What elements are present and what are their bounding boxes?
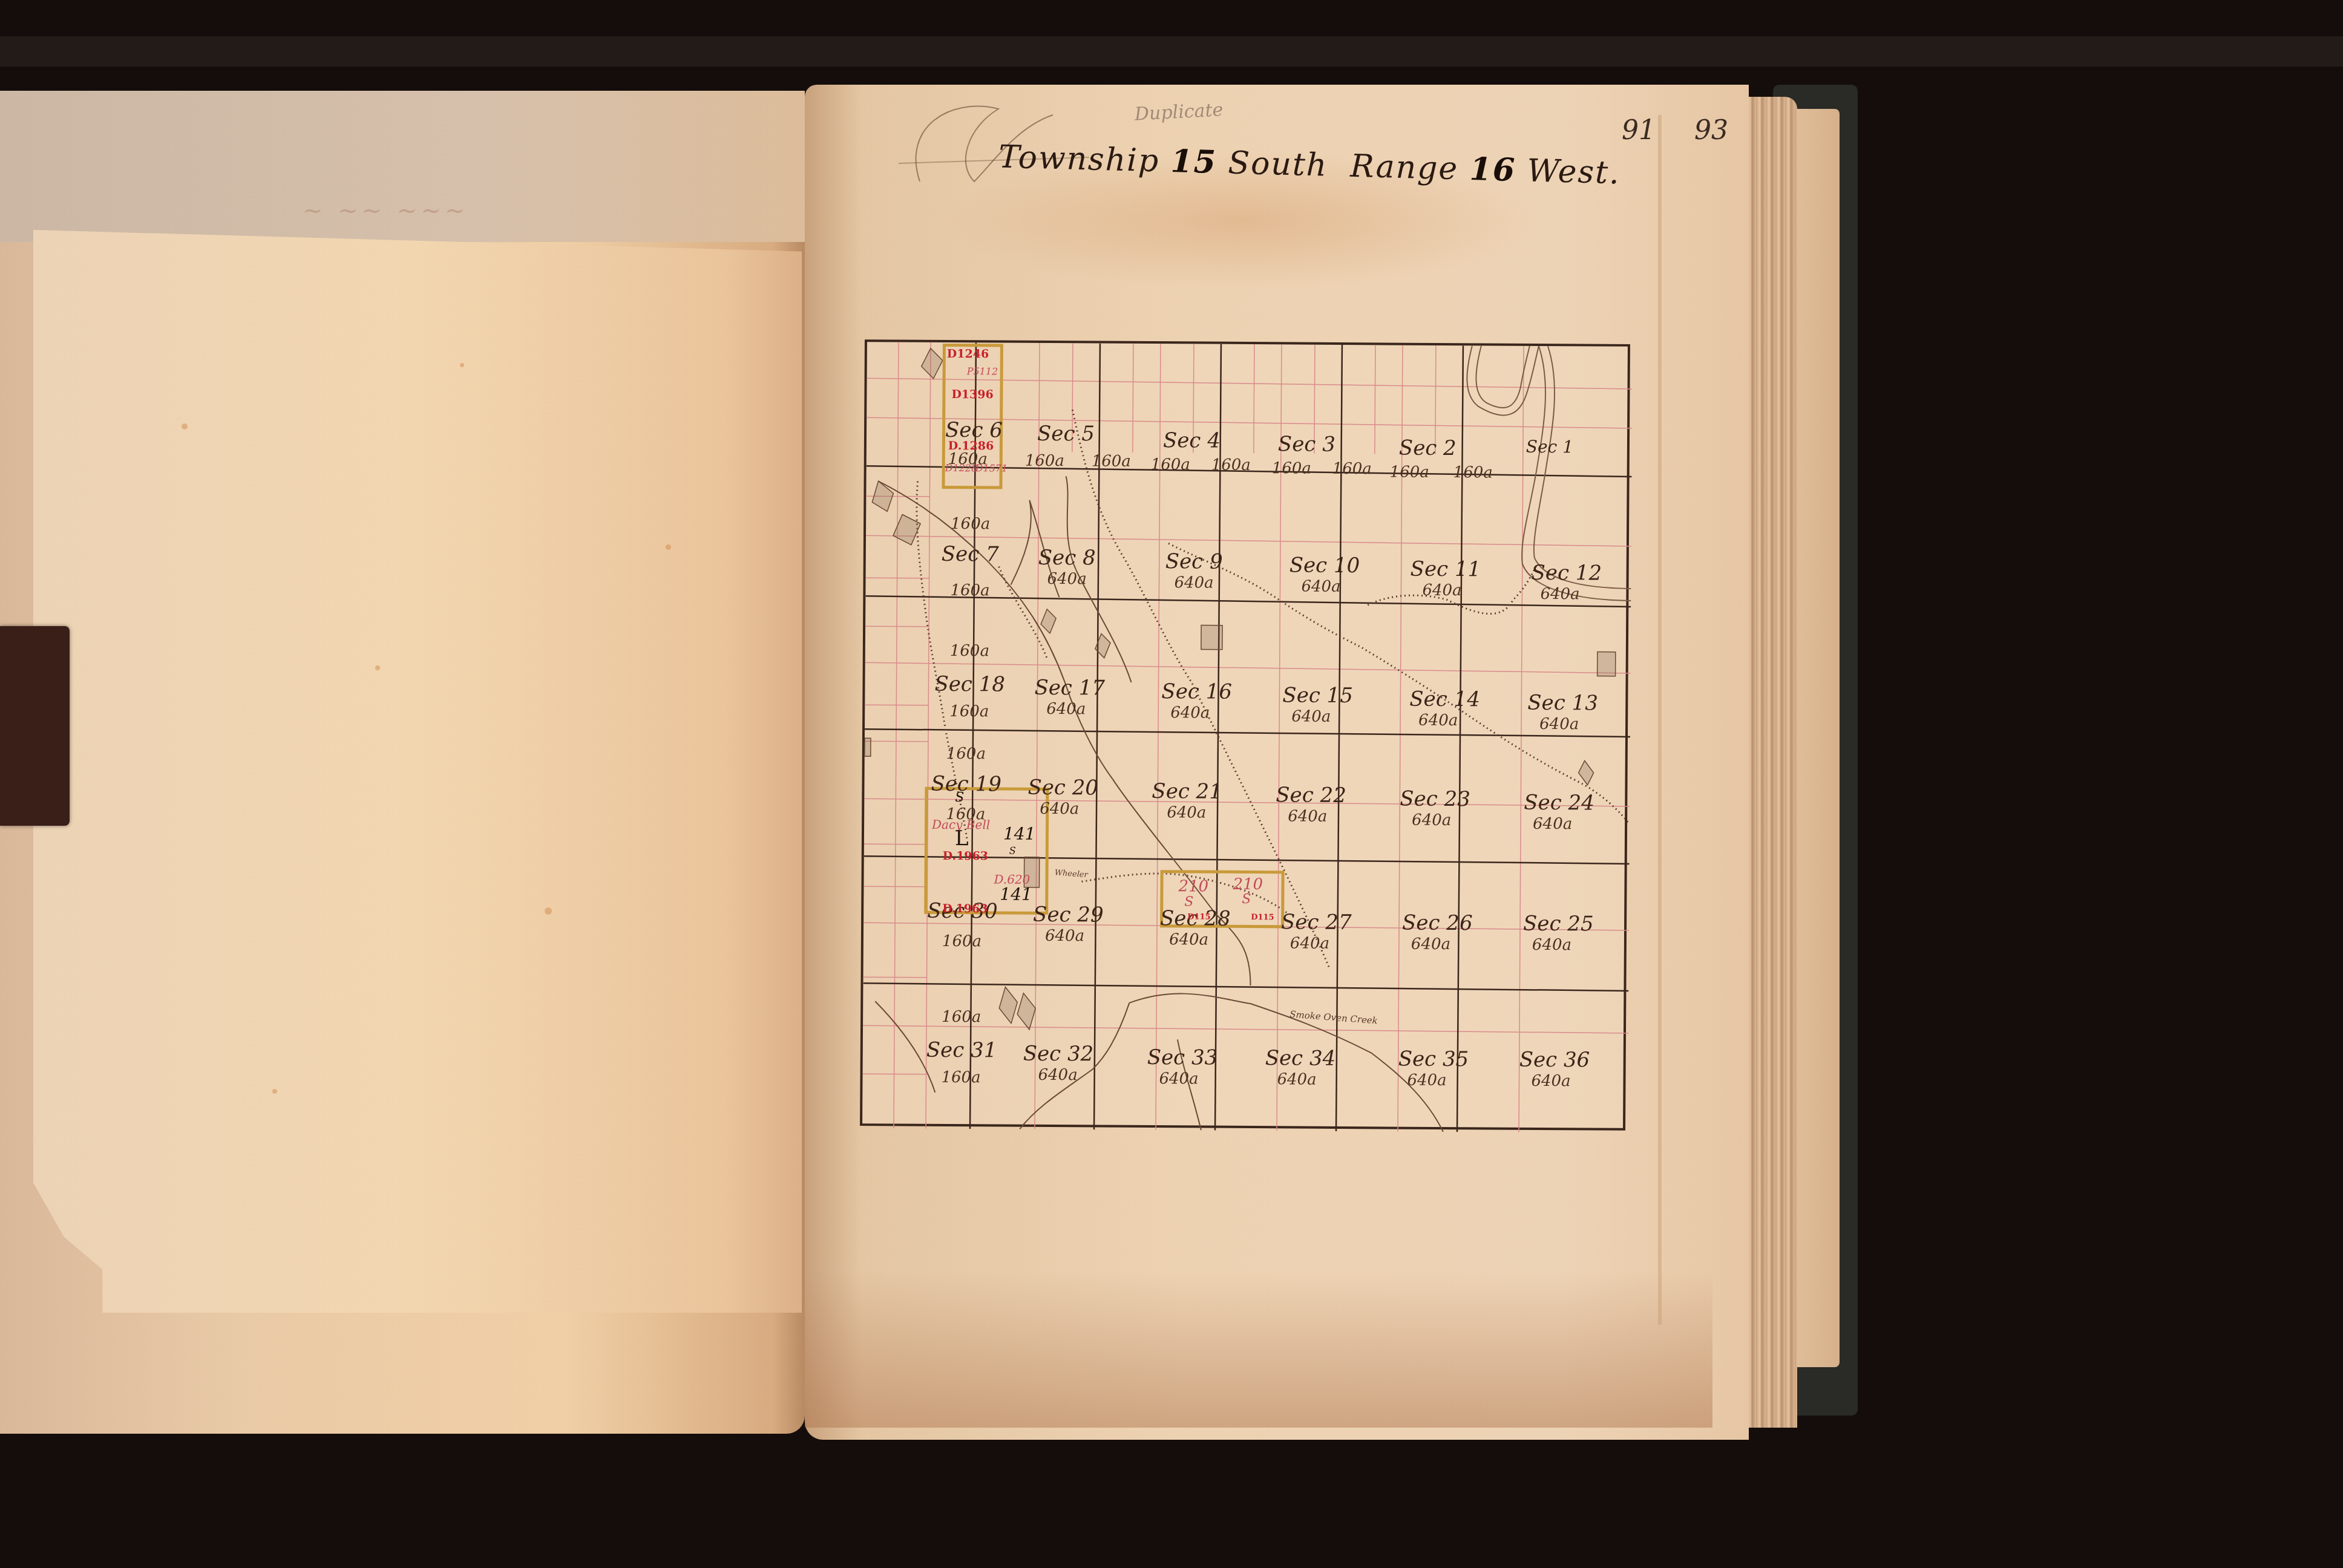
acreage-label: 640a bbox=[1301, 578, 1340, 596]
section-label: Sec 3 bbox=[1278, 432, 1335, 457]
title-range-word: Range bbox=[1350, 148, 1459, 188]
section-label: Sec 27 bbox=[1281, 910, 1352, 935]
acreage-label: 160a bbox=[942, 932, 981, 950]
acreage-label: 640a bbox=[1288, 807, 1327, 825]
page-fold-line bbox=[1658, 115, 1662, 1325]
section-label: Sec 17 bbox=[1034, 676, 1105, 701]
foxing-spot bbox=[460, 363, 464, 367]
section-label: Sec 33 bbox=[1147, 1045, 1218, 1070]
section-label: Sec 34 bbox=[1265, 1046, 1336, 1071]
title-township-number: 15 bbox=[1170, 143, 1217, 181]
section-label: Sec 13 bbox=[1527, 691, 1598, 716]
section-label: Sec 7 bbox=[942, 542, 999, 567]
section-label: Sec 12 bbox=[1532, 561, 1602, 586]
section-label: Sec 23 bbox=[1400, 787, 1470, 812]
acreage-label: 640a bbox=[1422, 581, 1461, 599]
acreage-label: 640a bbox=[1174, 573, 1213, 592]
acreage-label: 640a bbox=[1169, 930, 1208, 949]
acreage-label: 640a bbox=[1046, 700, 1086, 718]
section-label: Sec 35 bbox=[1398, 1047, 1469, 1072]
red-deed-note: D.1963 bbox=[942, 902, 988, 915]
section-label: Sec 14 bbox=[1409, 687, 1480, 712]
red-deed-note: D.1286 bbox=[948, 439, 994, 452]
acreage-label: 640a bbox=[1407, 1071, 1446, 1089]
section-label: Sec 32 bbox=[1023, 1042, 1094, 1067]
foxing-spot bbox=[272, 1089, 277, 1094]
pink-note: 210 bbox=[1233, 875, 1263, 893]
section-label: Sec 11 bbox=[1411, 557, 1481, 582]
pink-note: S bbox=[1242, 892, 1251, 907]
acreage-label: 160a bbox=[1092, 452, 1131, 470]
acreage-label: 160a bbox=[1025, 452, 1064, 470]
pink-note: D1571 bbox=[975, 462, 1008, 474]
acreage-label: 640a bbox=[1411, 935, 1450, 953]
acreage-label: 640a bbox=[1045, 927, 1084, 945]
section-label: Sec 8 bbox=[1038, 546, 1096, 570]
acreage-label: 640a bbox=[1531, 1072, 1570, 1090]
section-label: Sec 20 bbox=[1027, 776, 1098, 800]
loose-sheet-overlay bbox=[33, 230, 802, 1313]
acreage-label: 160a bbox=[950, 581, 989, 599]
title-township-word: Township bbox=[998, 139, 1160, 180]
acreage-label: 640a bbox=[1540, 585, 1579, 603]
page-number-left: 91 bbox=[1622, 115, 1656, 146]
title-range-direction: West. bbox=[1527, 152, 1621, 191]
acreage-label: 640a bbox=[1291, 707, 1331, 725]
acreage-label: 640a bbox=[1539, 715, 1579, 733]
title-township-direction: South bbox=[1228, 145, 1328, 183]
section-label: Sec 19 bbox=[931, 772, 1001, 797]
acreage-label: 640a bbox=[1047, 570, 1086, 588]
acreage-label: 160a bbox=[1332, 460, 1372, 478]
red-deed-note: D1396 bbox=[951, 388, 993, 401]
pink-note: 210 bbox=[1178, 877, 1208, 895]
acreage-label: 640a bbox=[1412, 811, 1451, 829]
acreage-label: 640a bbox=[1040, 800, 1079, 818]
foxing-spot bbox=[375, 665, 380, 670]
pink-note: S bbox=[1184, 894, 1193, 909]
section-label: Sec 15 bbox=[1282, 683, 1353, 708]
page-edge-tab bbox=[1791, 109, 1840, 1367]
acreage-label: 640a bbox=[1277, 1070, 1316, 1088]
section-label: Sec 24 bbox=[1524, 791, 1594, 815]
section-label: Sec 36 bbox=[1519, 1048, 1590, 1073]
foxing-spot bbox=[182, 423, 188, 430]
red-deed-note: D115 bbox=[1251, 913, 1274, 922]
section-label: Sec 2 bbox=[1399, 436, 1457, 461]
section-label: Sec 1 bbox=[1526, 437, 1573, 457]
acreage-label: 160a bbox=[951, 515, 990, 533]
acreage-label: 160a bbox=[946, 745, 986, 763]
acreage-label: 160a bbox=[942, 1008, 981, 1026]
section-label: Sec 4 bbox=[1163, 428, 1221, 453]
acreage-label: 160a bbox=[949, 702, 989, 720]
acreage-label: 640a bbox=[1290, 934, 1329, 952]
section-label: Sec 29 bbox=[1033, 903, 1104, 927]
pink-note: P5112 bbox=[967, 365, 998, 377]
acreage-label: 640a bbox=[1532, 936, 1571, 954]
section-label: Sec 5 bbox=[1037, 422, 1095, 446]
acreage-label: 160a bbox=[1453, 463, 1493, 482]
acreage-label: 160a bbox=[950, 642, 989, 660]
section-label: Sec 31 bbox=[926, 1038, 997, 1063]
pink-note: D1228 bbox=[945, 462, 978, 474]
acreage-label: 160a bbox=[1151, 456, 1190, 474]
acreage-label: 640a bbox=[1418, 711, 1458, 730]
page-number-right: 93 bbox=[1694, 115, 1728, 146]
foxing-spot bbox=[545, 907, 552, 915]
acreage-label: 640a bbox=[1170, 704, 1210, 722]
claim-letter: L bbox=[955, 826, 969, 851]
claim-number: 141 bbox=[1000, 884, 1032, 904]
acreage-label: 160a bbox=[1390, 463, 1429, 481]
water-stain bbox=[805, 1270, 1712, 1428]
section-label: Sec 22 bbox=[1276, 783, 1346, 808]
red-deed-note: D115 bbox=[1187, 912, 1211, 921]
section-label: Sec 21 bbox=[1152, 779, 1222, 804]
claim-letter: S bbox=[1009, 845, 1016, 857]
section-label: Sec 25 bbox=[1523, 912, 1594, 936]
acreage-label: 640a bbox=[1533, 815, 1572, 833]
red-deed-note: D1246 bbox=[947, 347, 989, 361]
acreage-label: 160a bbox=[1211, 456, 1251, 474]
section-label: Sec 9 bbox=[1165, 549, 1223, 574]
claim-number: 141 bbox=[1003, 824, 1036, 844]
section-label: Sec 16 bbox=[1161, 679, 1232, 704]
township-plat-map: Sec 6 160a Sec 5 160a 160a Sec 4 160a 16… bbox=[860, 339, 1630, 1131]
acreage-label: 160a bbox=[941, 1068, 980, 1086]
background-strip bbox=[0, 36, 2343, 67]
red-deed-note: D.1963 bbox=[943, 849, 988, 863]
title-range-number: 16 bbox=[1469, 151, 1516, 189]
bookmark-tab[interactable] bbox=[0, 626, 70, 826]
acreage-label: 160a bbox=[1272, 459, 1311, 477]
acreage-label: 640a bbox=[1167, 803, 1206, 822]
left-page-bleed-through: ~ ~~ ~~~ bbox=[303, 197, 469, 224]
section-label: Sec 10 bbox=[1289, 553, 1360, 578]
foxing-spot bbox=[666, 544, 671, 550]
acreage-label: 640a bbox=[1038, 1066, 1077, 1084]
section-label: Sec 26 bbox=[1402, 911, 1473, 936]
claim-letter: S bbox=[955, 790, 964, 805]
section-label: Sec 18 bbox=[934, 672, 1005, 697]
acreage-label: 640a bbox=[1159, 1070, 1198, 1088]
